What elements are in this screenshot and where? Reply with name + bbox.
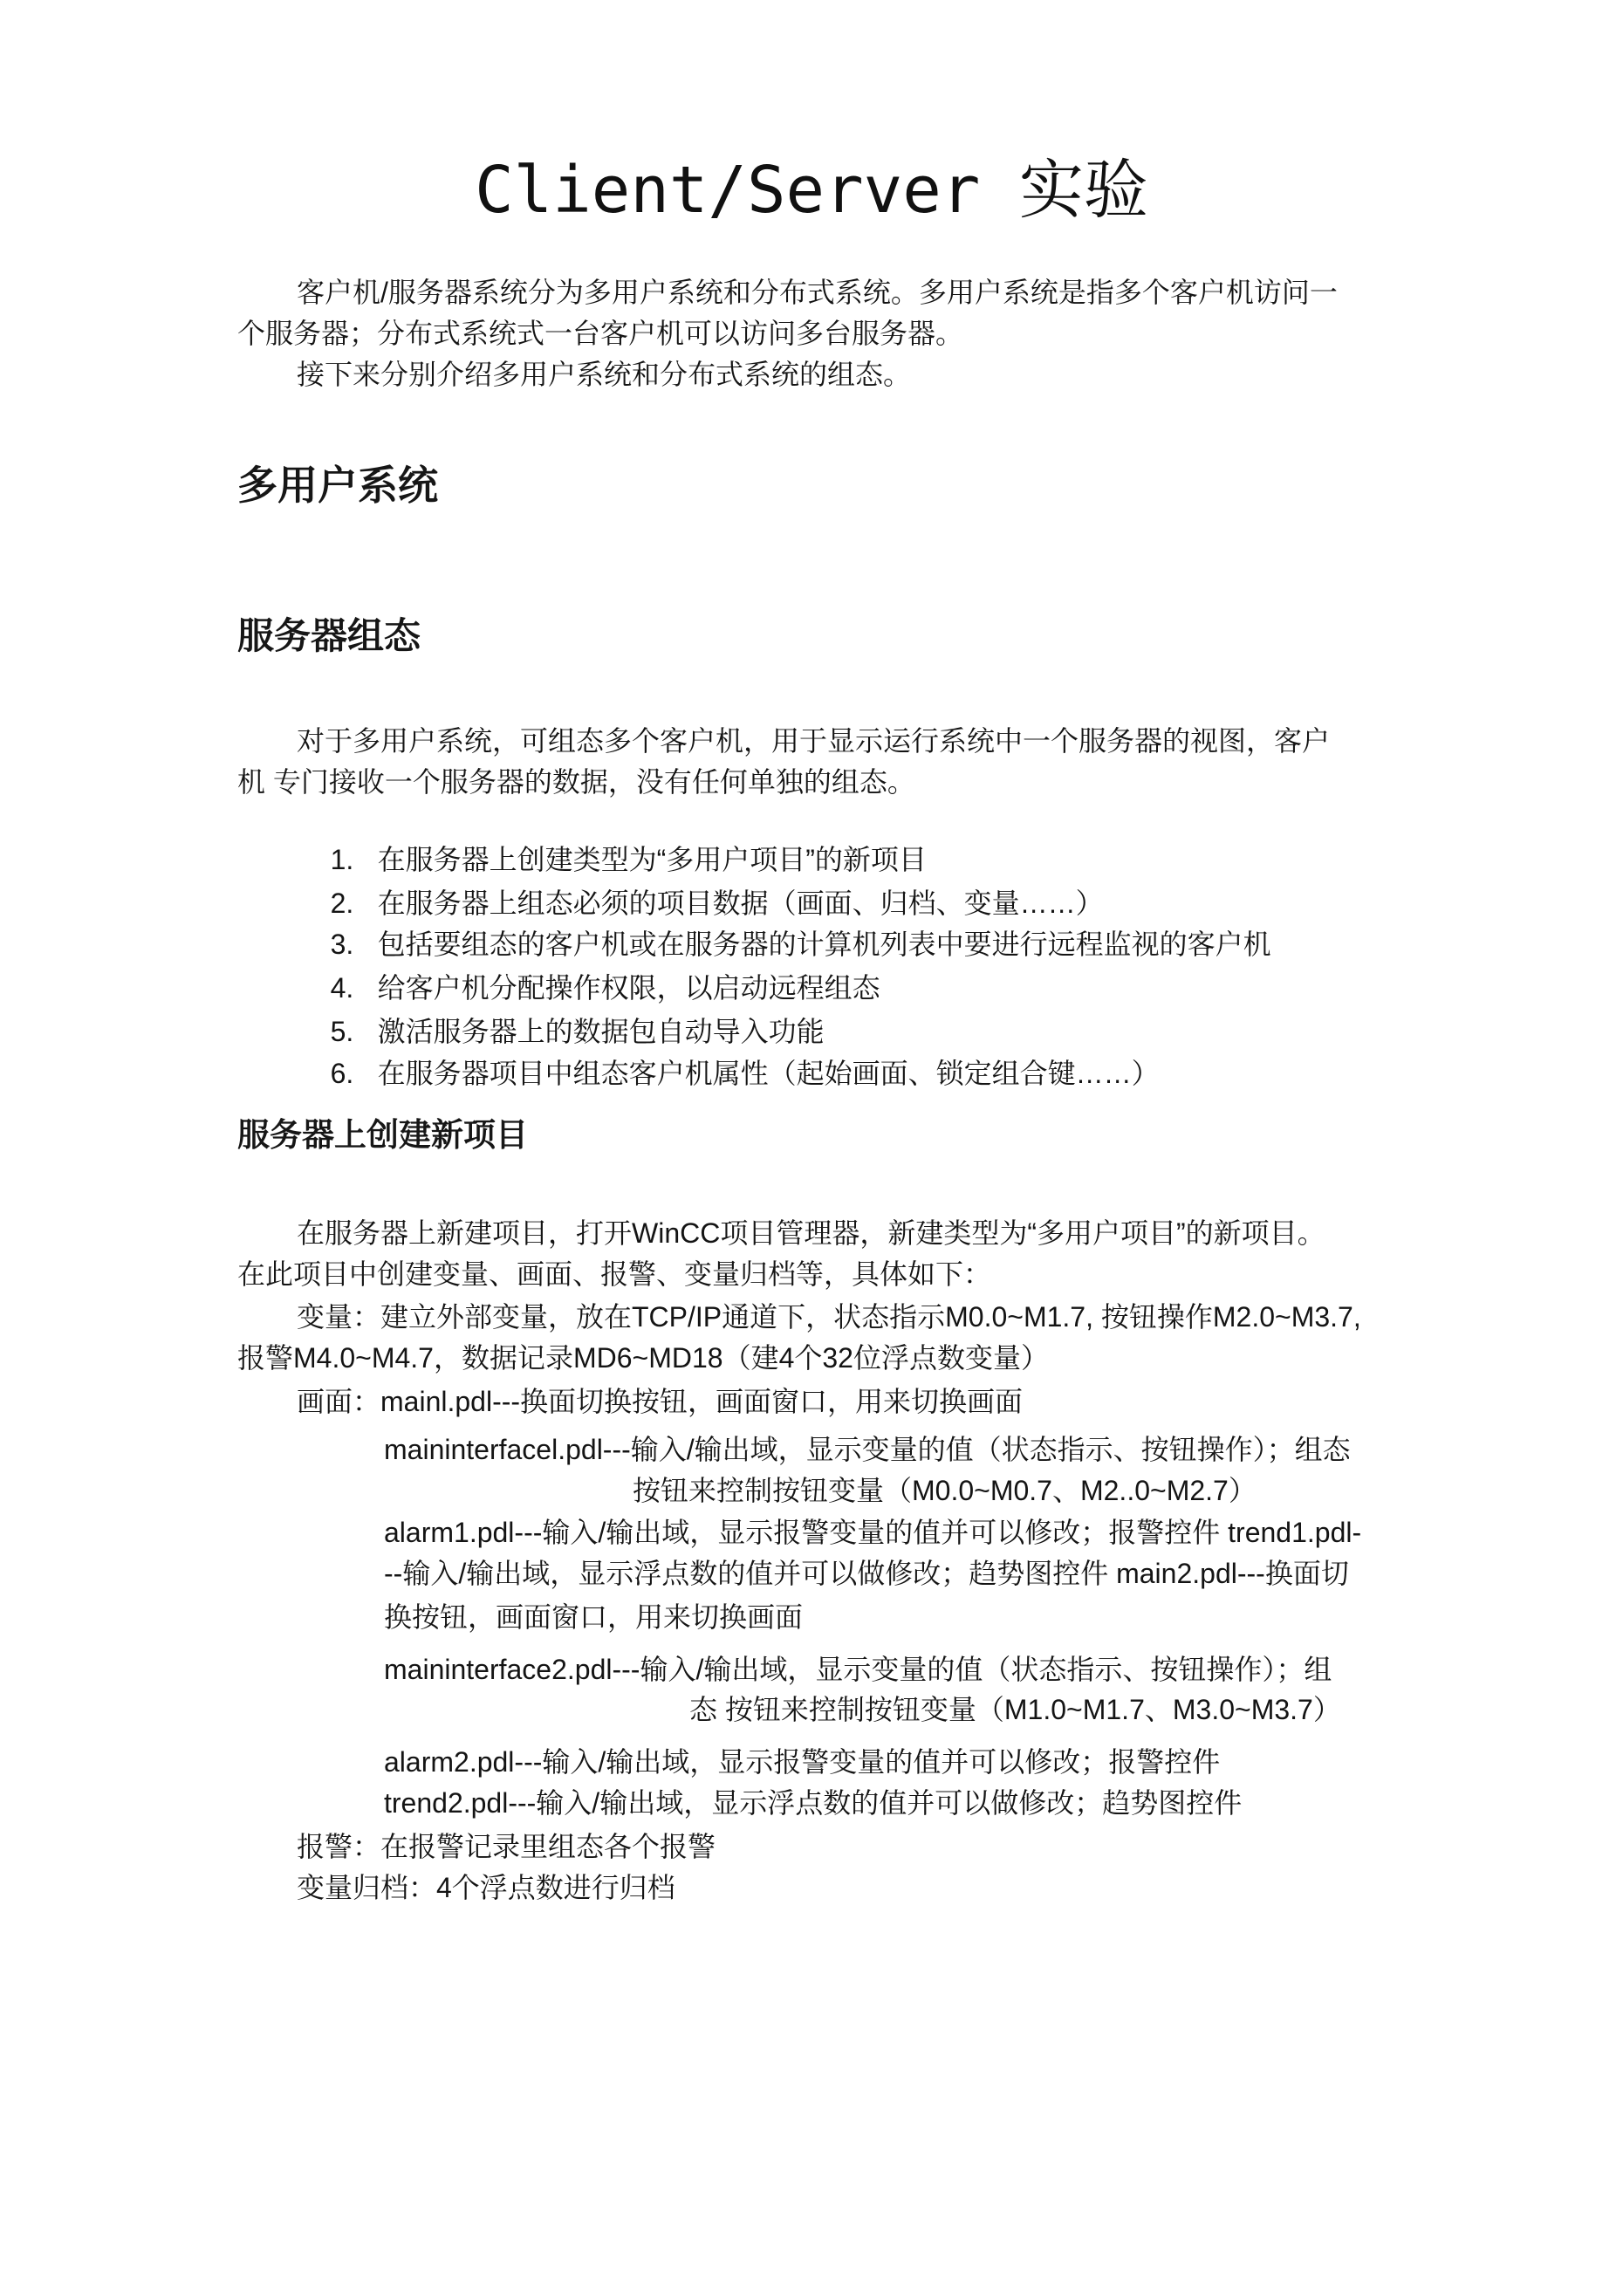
detail-line-alarm2: alarm2.pdl---输入/输出域，显示报警变量的值并可以修改；报警控件 — [384, 1747, 1220, 1778]
detail-line-tag-archive: 变量归档：4个浮点数进行归档 — [297, 1873, 675, 1903]
detail-line-maininterface2-cont: 态 按钮来控制按钮变量（M1.0~M1.7、M3.0~M3.7） — [689, 1695, 1341, 1725]
detail-line-variables: 变量：建立外部变量，放在TCP/IP通道下，状态指示M0.0~M1.7, 按钮操… — [297, 1302, 1361, 1333]
detail-line-screens: 画面：mainl.pdl---换面切换按钮，画面窗口，用来切换画面 — [297, 1387, 1023, 1417]
server-config-line: 对于多用户系统，可组态多个客户机，用于显示运行系统中一个服务器的视图，客户 — [297, 726, 1330, 757]
detail-line-maininterface1-cont: 按钮来控制按钮变量（M0.0~M0.7、M2..0~M2.7） — [633, 1476, 1257, 1506]
detail-line-trend1-cont: --输入/输出域，显示浮点数的值并可以做修改；趋势图控件 main2.pdl--… — [384, 1559, 1349, 1589]
create-project-line: 在服务器上新建项目，打开WinCC项目管理器，新建类型为“多用户项目”的新项目。 — [297, 1218, 1325, 1249]
step-text: 在服务器项目中组态客户机属性（起始画面、锁定组合键……） — [378, 1058, 1160, 1089]
create-project-line: 在此项目中创建变量、画面、报警、变量归档等，具体如下： — [237, 1259, 991, 1290]
intro-line: 客户机/服务器系统分为多用户系统和分布式系统。多用户系统是指多个客户机访问一 — [297, 278, 1338, 308]
step-item: 6.在服务器项目中组态客户机属性（起始画面、锁定组合键……） — [299, 1028, 1160, 1121]
heading-server-config: 服务器组态 — [237, 618, 421, 655]
intro-line: 接下来分别介绍多用户系统和分布式系统的组态。 — [297, 360, 911, 390]
step-number: 6. — [331, 1059, 378, 1089]
document-page: Client/Server 实验 客户机/服务器系统分为多用户系统和分布式系统。… — [0, 0, 1623, 2296]
detail-line-trend2: trend2.pdl---输入/输出域，显示浮点数的值并可以做修改；趋势图控件 — [384, 1788, 1242, 1819]
document-title: Client/Server 实验 — [0, 157, 1623, 225]
detail-line-alarms: 报警：在报警记录里组态各个报警 — [297, 1832, 716, 1862]
heading-multiuser-system: 多用户系统 — [237, 465, 438, 505]
server-config-line: 机 专门接收一个服务器的数据，没有任何单独的组态。 — [237, 767, 915, 798]
detail-line-alarm1: alarm1.pdl---输入/输出域，显示报警变量的值并可以修改；报警控件 t… — [384, 1518, 1361, 1548]
detail-line-maininterface2: maininterface2.pdl---输入/输出域，显示变量的值（状态指示、… — [384, 1655, 1332, 1685]
detail-line-main2-cont: 换按钮，画面窗口，用来切换画面 — [384, 1602, 803, 1633]
detail-line-variables: 报警M4.0~M4.7，数据记录MD6~MD18（建4个32位浮点数变量） — [237, 1343, 1049, 1374]
detail-line-maininterface1: maininterfacel.pdl---输入/输出域，显示变量的值（状态指示、… — [384, 1435, 1351, 1465]
heading-create-project: 服务器上创建新项目 — [237, 1119, 528, 1151]
intro-line: 个服务器；分布式系统式一台客户机可以访问多台服务器。 — [237, 319, 963, 349]
